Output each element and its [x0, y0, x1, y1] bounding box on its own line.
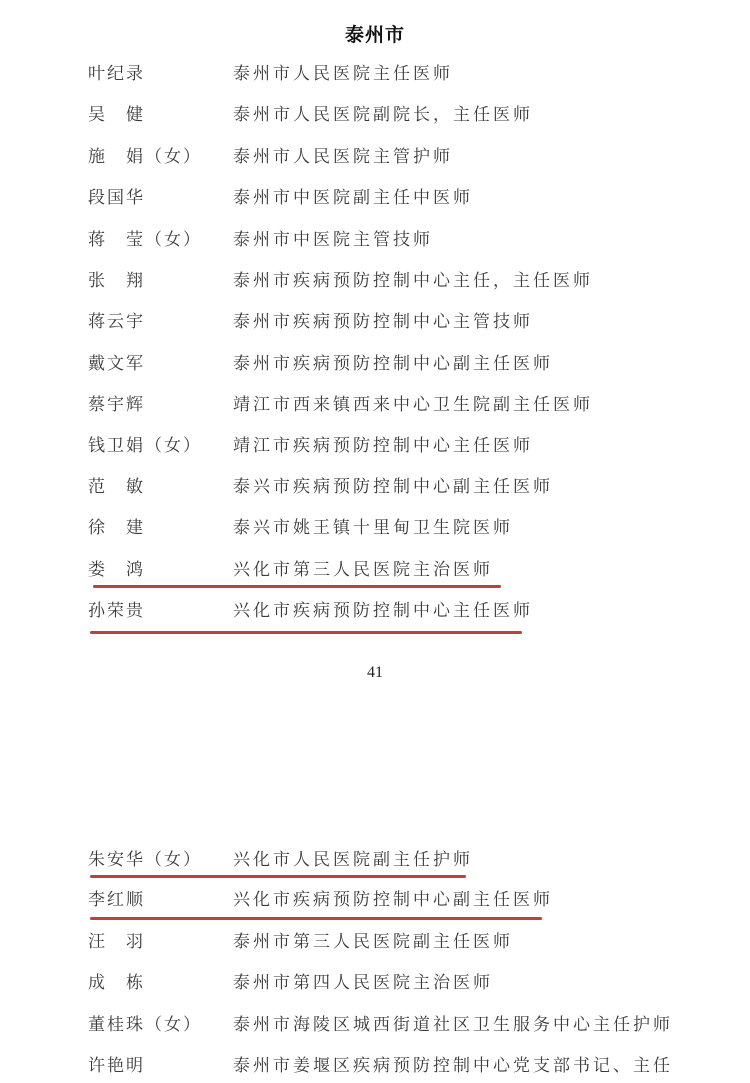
person-title: 泰州市第四人民医院主治医师 [233, 971, 493, 995]
person-title: 泰州市人民医院副院长，主任医师 [233, 103, 533, 127]
red-underline [90, 917, 542, 920]
red-underline [90, 875, 466, 878]
person-name: 成 栋 [88, 971, 145, 995]
person-title: 泰州市人民医院主管护师 [233, 145, 453, 169]
person-title: 泰兴市姚王镇十里甸卫生院医师 [233, 516, 513, 540]
person-name: 钱卫娟（女） [88, 434, 202, 458]
person-name: 娄 鸿 [88, 558, 145, 582]
red-underline [90, 631, 522, 634]
person-name: 董桂珠（女） [88, 1013, 202, 1037]
person-name: 叶纪录 [88, 62, 145, 86]
person-title: 兴化市疾病预防控制中心副主任医师 [233, 888, 553, 912]
person-name: 张 翔 [88, 269, 145, 293]
person-title: 泰州市姜堰区疾病预防控制中心党支部书记、主任 [233, 1054, 673, 1078]
person-title: 兴化市第三人民医院主治医师 [233, 558, 493, 582]
person-name: 许艳明 [88, 1054, 145, 1078]
person-name: 徐 建 [88, 516, 145, 540]
person-name: 范 敏 [88, 475, 145, 499]
person-name: 朱安华（女） [88, 848, 202, 872]
person-name: 汪 羽 [88, 930, 145, 954]
person-title: 泰州市疾病预防控制中心副主任医师 [233, 352, 553, 376]
person-title: 泰州市疾病预防控制中心主任，主任医师 [233, 269, 593, 293]
person-name: 段国华 [88, 186, 145, 210]
person-title: 泰州市中医院主管技师 [233, 228, 433, 252]
person-title: 靖江市西来镇西来中心卫生院副主任医师 [233, 393, 593, 417]
person-title: 兴化市疾病预防控制中心主任医师 [233, 599, 533, 623]
person-title: 泰州市第三人民医院副主任医师 [233, 930, 513, 954]
red-underline [93, 585, 501, 588]
person-title: 泰州市人民医院主任医师 [233, 62, 453, 86]
person-title: 泰兴市疾病预防控制中心副主任医师 [233, 475, 553, 499]
person-name: 施 娟（女） [88, 145, 202, 169]
person-name: 孙荣贵 [88, 599, 145, 623]
person-name: 戴文军 [88, 352, 145, 376]
person-title: 泰州市疾病预防控制中心主管技师 [233, 310, 533, 334]
person-title: 兴化市人民医院副主任护师 [233, 848, 473, 872]
person-title: 靖江市疾病预防控制中心主任医师 [233, 434, 533, 458]
person-name: 吴 健 [88, 103, 145, 127]
person-name: 蒋 莹（女） [88, 228, 202, 252]
person-title: 泰州市海陵区城西街道社区卫生服务中心主任护师 [233, 1013, 673, 1037]
person-name: 蒋云宇 [88, 310, 145, 334]
page-number: 41 [0, 664, 750, 682]
section-heading: 泰州市 [0, 20, 750, 47]
person-name: 李红顺 [88, 888, 145, 912]
person-title: 泰州市中医院副主任中医师 [233, 186, 473, 210]
person-name: 蔡宇辉 [88, 393, 145, 417]
